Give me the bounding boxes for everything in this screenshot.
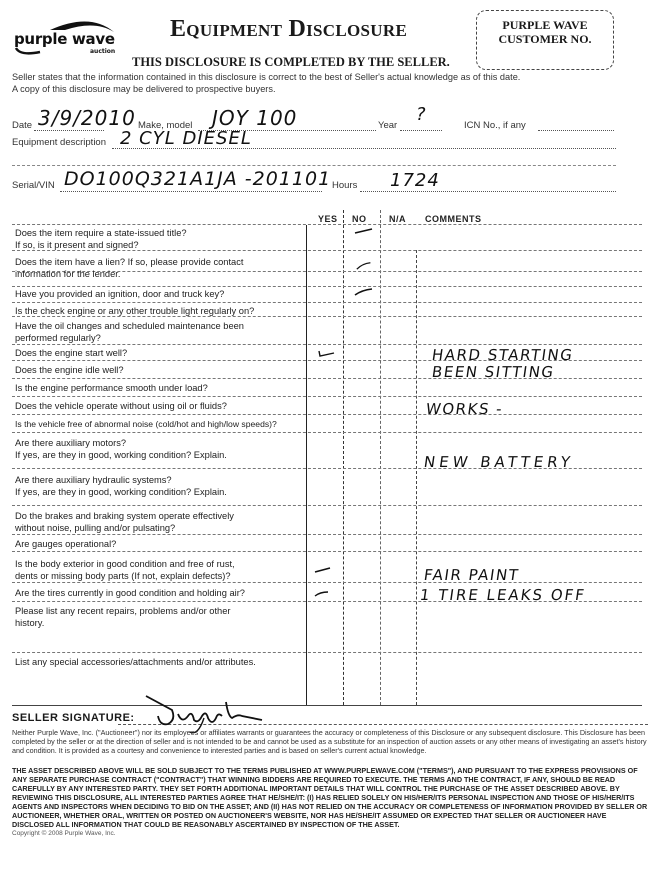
question-fluids: Does the vehicle operate without using o… bbox=[15, 400, 305, 412]
date-underline bbox=[34, 130, 104, 131]
question-accessories: List any special accessories/attachments… bbox=[15, 656, 305, 668]
logo-text: purple wave bbox=[14, 30, 115, 48]
column-header-no: NO bbox=[352, 214, 367, 224]
row-divider bbox=[12, 414, 642, 415]
intro-statement: Seller states that the information conta… bbox=[12, 71, 652, 95]
intro-line-2: A copy of this disclosure may be deliver… bbox=[12, 83, 652, 95]
hours-field[interactable]: 1724 bbox=[390, 170, 440, 191]
customer-box-label-1: PURPLE WAVE bbox=[477, 18, 613, 32]
row-divider bbox=[12, 432, 642, 433]
row-divider bbox=[12, 224, 642, 225]
question-engine-performance: Is the engine performance smooth under l… bbox=[15, 382, 305, 394]
question-hydraulics: Are there auxiliary hydraulic systems?If… bbox=[15, 474, 305, 498]
question-maintenance: Have the oil changes and scheduled maint… bbox=[15, 320, 305, 344]
checkmark-icon[interactable] bbox=[314, 566, 334, 574]
question-keys: Have you provided an ignition, door and … bbox=[15, 288, 305, 300]
checkmark-icon[interactable] bbox=[318, 350, 338, 358]
question-tires: Are the tires currently in good conditio… bbox=[15, 587, 305, 599]
checkmark-icon[interactable] bbox=[354, 262, 374, 270]
row-divider bbox=[12, 582, 642, 583]
question-lien: Does the item have a lien? If so, please… bbox=[15, 256, 305, 280]
question-recent-repairs: Please list any recent repairs, problems… bbox=[15, 605, 305, 629]
equipment-description-field[interactable]: 2 CYL DIESEL bbox=[120, 128, 252, 149]
description-extra-line bbox=[12, 165, 616, 166]
checkmark-icon[interactable] bbox=[354, 288, 374, 296]
question-title: Does the item require a state-issued tit… bbox=[15, 227, 305, 251]
terms-text: The asset described above will be sold s… bbox=[12, 766, 648, 829]
comment-fluids[interactable]: WORKS - bbox=[425, 400, 505, 418]
row-divider bbox=[12, 505, 642, 506]
question-check-engine: Is the check engine or any other trouble… bbox=[15, 305, 305, 317]
no-column-left-border bbox=[343, 210, 344, 705]
column-header-comments: COMMENTS bbox=[425, 214, 482, 224]
serial-vin-field[interactable]: DO100Q321A1JA -201101 bbox=[64, 168, 331, 190]
question-noise: Is the vehicle free of abnormal noise (c… bbox=[15, 418, 315, 430]
row-divider bbox=[12, 534, 642, 535]
comment-engine-idle[interactable]: BEEN SITTING bbox=[431, 363, 556, 381]
question-engine-start: Does the engine start well? bbox=[15, 347, 305, 359]
comments-column-left-border bbox=[416, 250, 417, 705]
comment-tires[interactable]: 1 TIRE LEAKS OFF bbox=[419, 586, 587, 604]
page-title: Equipment Disclosure bbox=[170, 16, 407, 43]
column-header-yes: YES bbox=[318, 214, 338, 224]
disclaimer-text: Neither Purple Wave, Inc. ("Auctioneer")… bbox=[12, 728, 648, 755]
row-divider bbox=[12, 551, 642, 552]
year-label: Year bbox=[378, 120, 397, 131]
customer-number-box[interactable]: PURPLE WAVE CUSTOMER NO. bbox=[476, 10, 614, 70]
make-model-field[interactable]: JOY 100 bbox=[212, 106, 297, 130]
customer-box-label-2: CUSTOMER NO. bbox=[477, 32, 613, 46]
comment-engine-start[interactable]: HARD STARTING bbox=[431, 346, 575, 364]
yes-column-left-border bbox=[306, 225, 307, 705]
question-auxiliary-motors: Are there auxiliary motors?If yes, are t… bbox=[15, 437, 305, 461]
question-body-exterior: Is the body exterior in good condition a… bbox=[15, 558, 305, 582]
date-label: Date bbox=[12, 120, 32, 131]
year-underline bbox=[400, 130, 442, 131]
na-column-left-border bbox=[380, 210, 381, 705]
question-gauges: Are gauges operational? bbox=[15, 538, 305, 550]
icn-field[interactable] bbox=[538, 130, 614, 131]
equipment-description-label: Equipment description bbox=[12, 137, 106, 148]
row-divider bbox=[12, 344, 642, 345]
logo-subtext: auction bbox=[90, 48, 115, 55]
serial-vin-label: Serial/VIN bbox=[12, 180, 55, 191]
question-engine-idle: Does the engine idle well? bbox=[15, 364, 305, 376]
icn-label: ICN No., if any bbox=[464, 120, 526, 131]
row-divider bbox=[12, 652, 642, 653]
hours-label: Hours bbox=[332, 180, 357, 191]
row-divider bbox=[12, 396, 642, 397]
hours-underline bbox=[360, 191, 616, 192]
page-subtitle: THIS DISCLOSURE IS COMPLETED BY THE SELL… bbox=[132, 55, 450, 70]
serial-underline bbox=[60, 191, 322, 192]
column-header-na: N/A bbox=[389, 214, 406, 224]
date-field[interactable]: 3/9/2010 bbox=[38, 106, 136, 130]
copyright-text: Copyright © 2008 Purple Wave, Inc. bbox=[12, 830, 116, 837]
row-divider bbox=[12, 705, 642, 706]
question-brakes: Do the brakes and braking system operate… bbox=[15, 510, 305, 534]
year-field[interactable]: ? bbox=[416, 104, 427, 125]
row-divider bbox=[12, 286, 642, 287]
row-divider bbox=[12, 302, 642, 303]
checkmark-icon[interactable] bbox=[354, 227, 374, 235]
comment-body-exterior[interactable]: FAIR PAINT bbox=[423, 566, 521, 584]
checkmark-icon[interactable] bbox=[314, 590, 334, 598]
intro-line-1: Seller states that the information conta… bbox=[12, 71, 652, 83]
purple-wave-logo: purple wave auction bbox=[10, 12, 120, 57]
comment-auxiliary-motors[interactable]: NEW BATTERY bbox=[423, 453, 575, 471]
seller-signature-label: SELLER SIGNATURE: bbox=[12, 712, 135, 724]
